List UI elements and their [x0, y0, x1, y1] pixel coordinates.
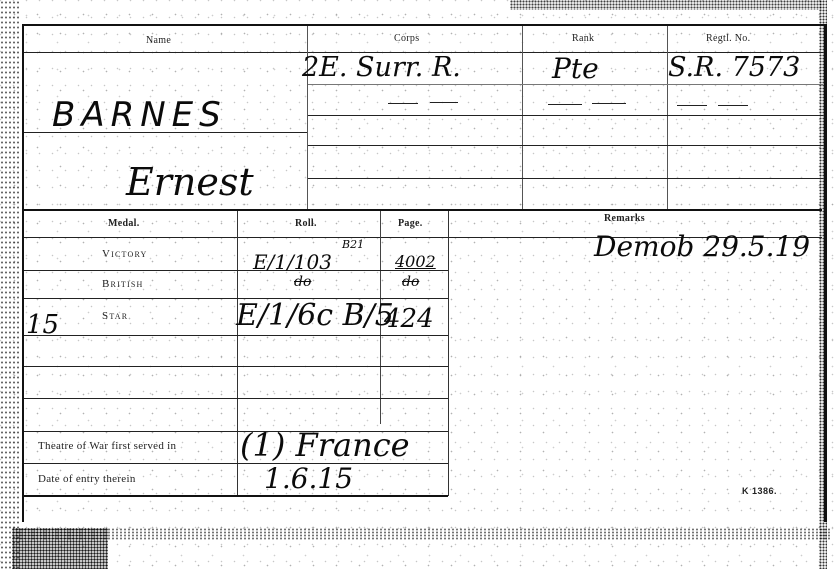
ditto-dash: [430, 102, 458, 103]
rule: [24, 52, 308, 53]
entry-date-value: 1.6.15: [264, 462, 353, 495]
ditto-dash: [388, 103, 418, 104]
remarks-header: Remarks: [604, 213, 645, 224]
star-prefix: 15: [26, 310, 59, 340]
theatre-value: (1) France: [240, 426, 410, 464]
remarks-value: Demob 29.5.19: [594, 230, 810, 263]
regtl-no-header: Regtl. No.: [706, 33, 750, 44]
ditto-dash: [548, 104, 582, 105]
victory-roll-note: B21: [342, 238, 364, 251]
british-page: do: [402, 274, 419, 290]
scan-edge-top: [510, 0, 822, 10]
ditto-dash: [592, 103, 626, 104]
medal-british: British: [102, 278, 144, 290]
medal-star: Star: [102, 310, 128, 322]
rule: [24, 366, 448, 367]
ditto-dash: [677, 105, 707, 106]
victory-page: 4002: [395, 252, 436, 271]
section-rule: [24, 209, 822, 211]
rule: [308, 178, 823, 179]
victory-roll: E/1/103: [253, 250, 332, 274]
scan-blot: [12, 528, 108, 569]
col-divider-page: [448, 211, 449, 496]
star-page: 424: [384, 304, 434, 334]
british-roll: do: [294, 274, 311, 290]
theatre-label: Theatre of War first served in: [38, 440, 176, 452]
rule: [24, 398, 448, 399]
star-roll: E/1/6c B/5: [236, 298, 394, 333]
roll-header: Roll.: [295, 218, 317, 229]
ditto-dash: [718, 105, 748, 106]
forename: Ernest: [126, 160, 254, 204]
corps-value: 2E. Surr. R.: [302, 52, 461, 83]
scan-edge-left: [0, 0, 20, 569]
regtl-no-value: S.R. 7573: [668, 52, 800, 83]
medal-header: Medal.: [108, 218, 140, 229]
rule: [24, 335, 448, 336]
form-number: K 1386.: [742, 486, 777, 496]
col-divider-corps: [522, 26, 523, 210]
entry-date-label: Date of entry therein: [38, 473, 136, 485]
rank-header: Rank: [572, 33, 594, 44]
scan-edge-bottom: [15, 528, 830, 540]
rule: [24, 270, 448, 271]
rule: [308, 145, 823, 146]
corps-header: Corps: [394, 33, 419, 44]
name-header: Name: [146, 35, 171, 46]
rule: [308, 115, 823, 116]
rule: [24, 495, 448, 497]
surname: BARNES: [52, 95, 227, 135]
col-divider-medal: [237, 211, 238, 496]
page-header: Page.: [398, 218, 423, 229]
rank-value: Pte: [552, 52, 599, 85]
medal-victory: Victory: [102, 248, 148, 260]
